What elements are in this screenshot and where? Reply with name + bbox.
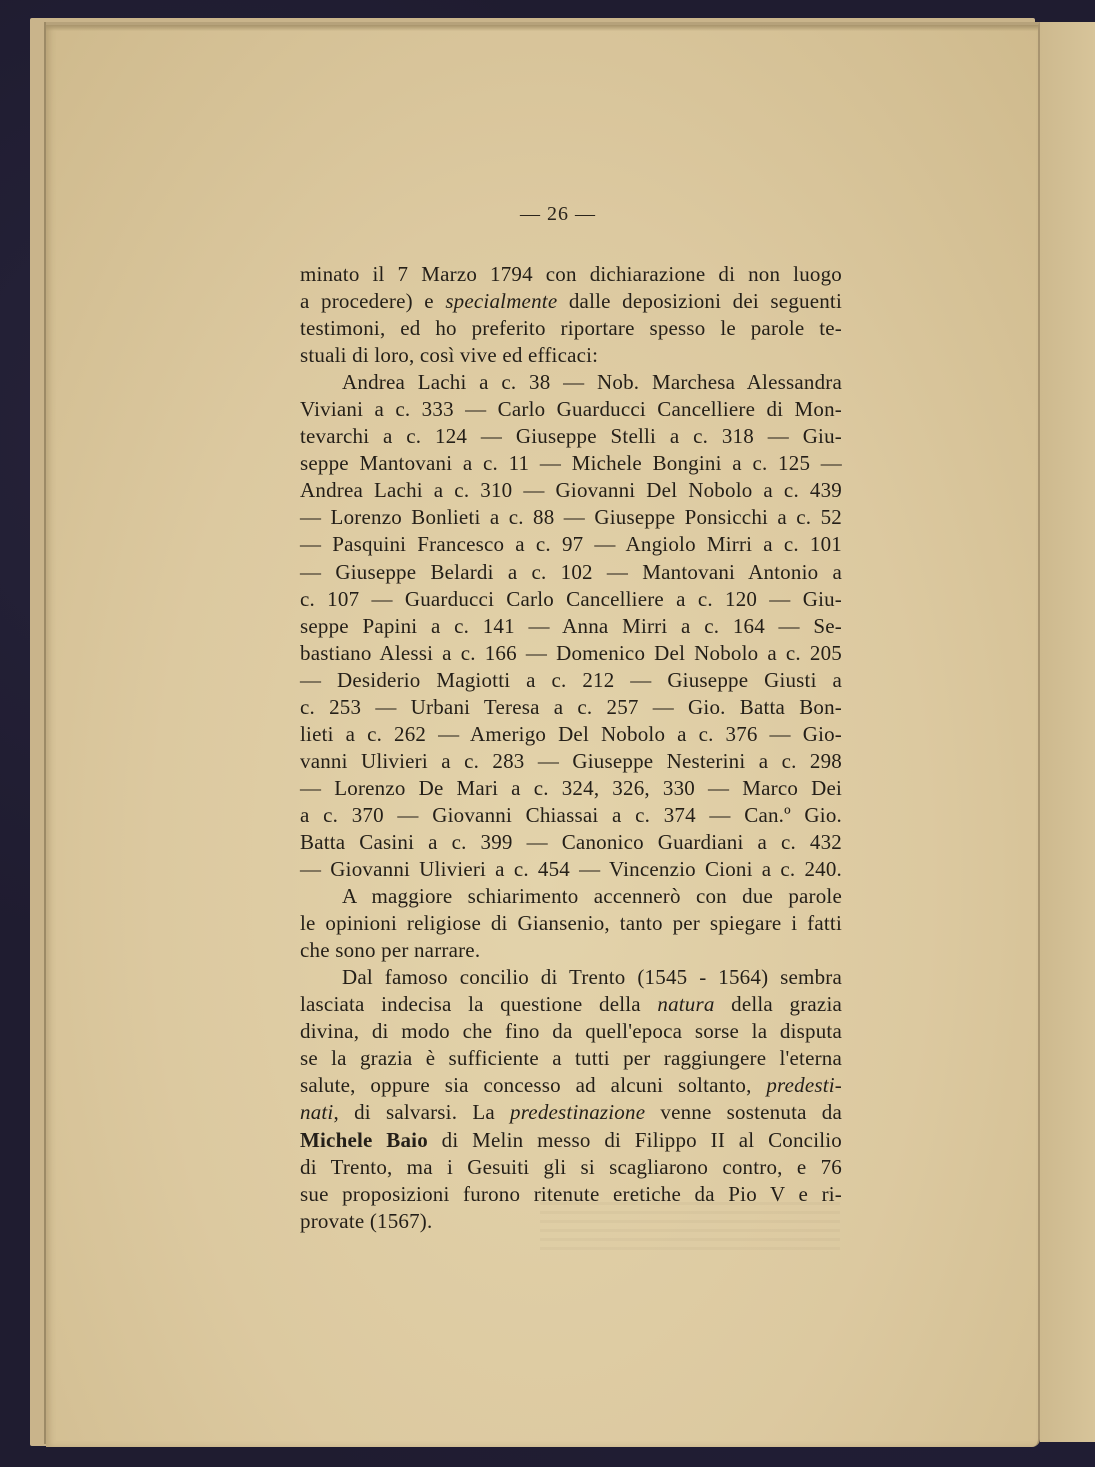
text-span: dalle deposizioni dei seguenti [557,289,842,313]
text-line: di Trento, ma i Gesuiti gli si scagliaro… [300,1154,842,1181]
emphasis-text: natura [657,992,714,1016]
text-line: stuali di loro, così vive ed efficaci: [300,342,842,369]
page-number: — 26 — [498,203,618,226]
text-line: salute, oppure sia concesso ad alcuni so… [300,1072,842,1099]
witness-line: c. 253 — Urbani Teresa a c. 257 — Gio. B… [300,694,842,721]
witness-line: — Desiderio Magiotti a c. 212 — Giuseppe… [300,667,842,694]
text-span: , di salvarsi. La [333,1100,510,1124]
text-line: lasciata indecisa la questione della nat… [300,991,842,1018]
text-line: che sono per narrare. [300,937,842,964]
text-line: A maggiore schiarimento accennerò con du… [300,883,842,910]
show-through-text [540,1200,840,1250]
facing-page-edge [1040,22,1095,1442]
text-line: nati, di salvarsi. La predestinazione ve… [300,1099,842,1126]
witness-line: bastiano Alessi a c. 166 — Domenico Del … [300,640,842,667]
witness-line: — Pasquini Francesco a c. 97 — Angiolo M… [300,531,842,558]
emphasis-text: predestinazione [510,1100,645,1124]
witness-line: a c. 370 — Giovanni Chiassai a c. 374 — … [300,802,842,829]
witness-line: c. 107 — Guarducci Carlo Cancelliere a c… [300,586,842,613]
text-span: della grazia [715,992,842,1016]
body-text: minato il 7 Marzo 1794 con dichiarazione… [300,261,842,1235]
witness-line: tevarchi a c. 124 — Giuseppe Stelli a c.… [300,423,842,450]
text-span: a procedere) e [300,289,445,313]
text-line: testimoni, ed ho preferito riportare spe… [300,315,842,342]
bold-name: Michele Baio [300,1128,428,1152]
witness-line: — Lorenzo De Mari a c. 324, 326, 330 — M… [300,775,842,802]
witness-line: seppe Mantovani a c. 11 — Michele Bongin… [300,450,842,477]
witness-line: — Lorenzo Bonlieti a c. 88 — Giuseppe Po… [300,504,842,531]
witness-line: vanni Ulivieri a c. 283 — Giuseppe Neste… [300,748,842,775]
emphasis-text: specialmente [445,289,557,313]
text-span: venne sostenuta da [645,1100,842,1124]
page-top-edge [46,25,1038,31]
text-line: a procedere) e specialmente dalle deposi… [300,288,842,315]
witness-line: Viviani a c. 333 — Carlo Guarducci Cance… [300,396,842,423]
witness-line: seppe Papini a c. 141 — Anna Mirri a c. … [300,613,842,640]
text-span: lasciata indecisa la questione della [300,992,657,1016]
witness-line: — Giuseppe Belardi a c. 102 — Mantovani … [300,559,842,586]
witness-line: lieti a c. 262 — Amerigo Del Nobolo a c.… [300,721,842,748]
witness-line: — Giovanni Ulivieri a c. 454 — Vincenzio… [300,856,842,883]
witness-line: Andrea Lachi a c. 310 — Giovanni Del Nob… [300,477,842,504]
text-line: se la grazia è sufficiente a tutti per r… [300,1045,842,1072]
text-line: minato il 7 Marzo 1794 con dichiarazione… [300,261,842,288]
text-line: Michele Baio di Melin messo di Filippo I… [300,1127,842,1154]
emphasis-text: nati [300,1100,333,1124]
text-line: Dal famoso concilio di Trento (1545 - 15… [300,964,842,991]
witness-line: Batta Casini a c. 399 — Canonico Guardia… [300,829,842,856]
text-span: di Melin messo di Filippo II al Concilio [428,1128,842,1152]
text-span: salute, oppure sia concesso ad alcuni so… [300,1073,766,1097]
text-line: le opinioni religiose di Giansenio, tant… [300,910,842,937]
text-line: divina, di modo che fino da quell'epoca … [300,1018,842,1045]
emphasis-text: predesti- [766,1073,842,1097]
witness-line: Andrea Lachi a c. 38 — Nob. Marchesa Ale… [300,369,842,396]
